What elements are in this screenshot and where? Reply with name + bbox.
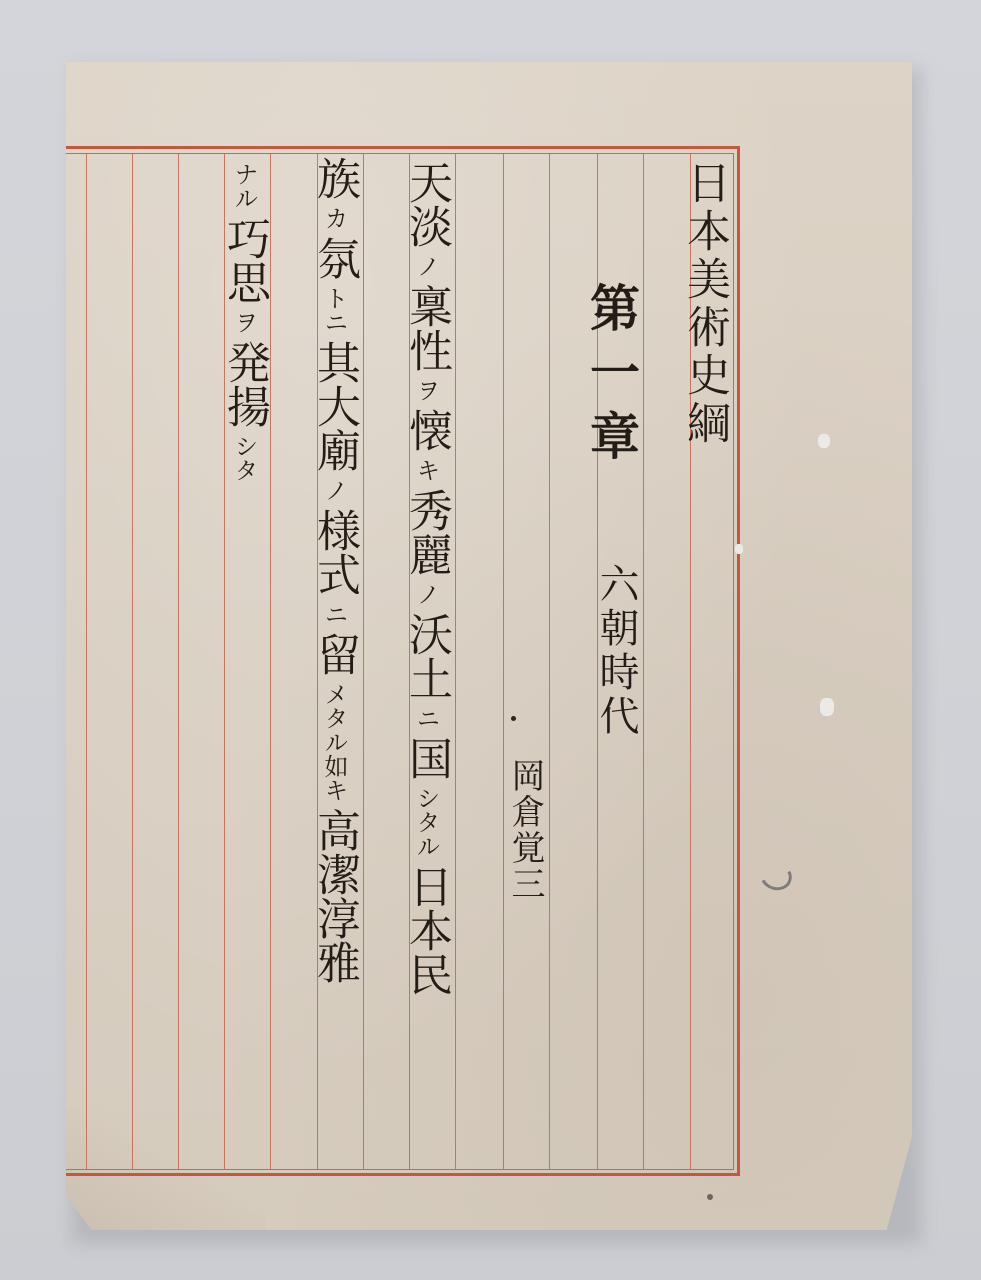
kanji-text: 沃土 [401, 612, 452, 700]
column-rule [503, 153, 504, 1170]
column-rule [132, 153, 133, 1170]
paper-hole [818, 434, 830, 448]
kanji-text: 天淡 [401, 160, 452, 248]
okurigana-text: ノ [322, 478, 346, 502]
body-column-3: ナル巧思ヲ発揚シタ [222, 156, 266, 488]
okurigana-text: ノ [414, 254, 438, 278]
kanji-text: 国 [401, 736, 452, 780]
column-rule [455, 153, 456, 1170]
kanji-text: 秀麗 [401, 488, 452, 576]
paper-hole [820, 698, 834, 716]
kanji-text: 稟性 [401, 284, 452, 372]
okurigana-text: トニ [322, 286, 346, 334]
chapter-heading: 第一章 [586, 282, 636, 474]
okurigana-text: ノ [414, 582, 438, 606]
okurigana-text: キ [414, 458, 438, 482]
kanji-text: 様式 [309, 508, 360, 596]
column-rule [643, 153, 644, 1170]
column-rule [363, 153, 364, 1170]
era-subheading: 六朝時代 [596, 563, 636, 739]
ink-spot [511, 716, 516, 721]
okurigana-text: シタル [414, 786, 438, 858]
okurigana-text: ニ [414, 706, 438, 730]
kanji-text: 留 [309, 632, 360, 676]
kanji-text: 其大廟 [309, 340, 360, 472]
okurigana-text: ナル [232, 162, 256, 210]
kanji-text: 日本民 [401, 864, 452, 996]
body-column-2: 族カ氛トニ其大廟ノ様式ニ留メタル如キ高潔淳雅 [312, 156, 356, 984]
okurigana-text: ヲ [414, 378, 438, 402]
kanji-text: 発揚 [219, 340, 270, 428]
okurigana-text: ニ [322, 602, 346, 626]
stain-spot [707, 1194, 713, 1200]
kanji-text: 巧思 [219, 216, 270, 304]
body-column-1: 天淡ノ稟性ヲ懐キ秀麗ノ沃土ニ国シタル日本民 [404, 160, 448, 996]
okurigana-text: シタ [232, 434, 256, 482]
kanji-text: 高潔淳雅 [309, 808, 360, 984]
okurigana-text: メタル如キ [322, 682, 346, 802]
okurigana-text: カ [322, 206, 346, 230]
author-name: 岡倉覚三 [508, 758, 542, 902]
column-rule [178, 153, 179, 1170]
kanji-text: 氛 [309, 236, 360, 280]
manuscript-title: 日本美術史綱 [682, 160, 726, 448]
okurigana-text: ヲ [232, 310, 256, 334]
column-rule [86, 153, 87, 1170]
column-rule [549, 153, 550, 1170]
paper-hole [735, 544, 743, 554]
kanji-text: 族 [309, 156, 360, 200]
kanji-text: 懐 [401, 408, 452, 452]
column-rule [270, 153, 271, 1170]
